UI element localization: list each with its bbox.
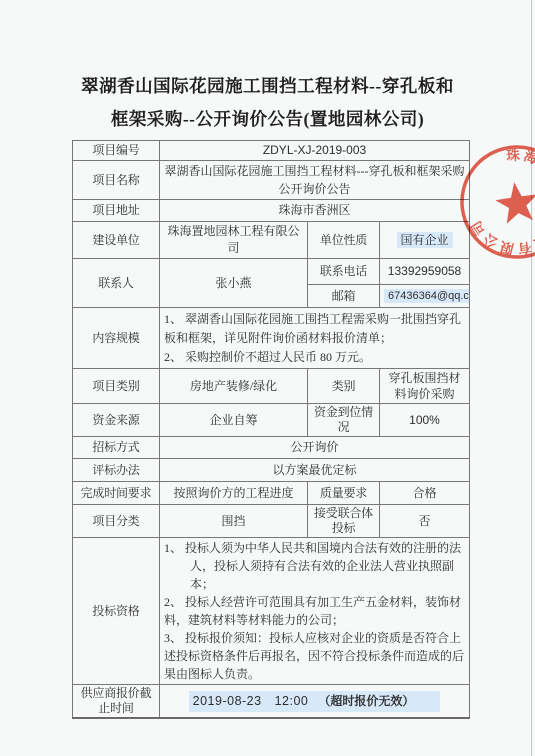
table-row: 联系人 张小燕 联系电话 13392959058: [73, 259, 470, 285]
deadline-value-cell: 2019-08-23 12:00（超时报价无效）: [160, 685, 470, 719]
qualification-item2: 2、 投标人经营许可范围具有加工生产五金材料，装饰材料，建筑材料等材料能力的公司…: [164, 593, 465, 629]
deadline-datetime: 2019-08-23 12:00: [193, 694, 309, 708]
table-row: 投标资格 1、 投标人须为中华人民共和国境内合法有效的注册的法人，投标人须持有合…: [73, 538, 470, 685]
table-row: 招标方式 公开询价: [73, 437, 470, 459]
page-title: 翠湖香山国际花园施工围挡工程材料--穿孔板和 框架采购--公开询价公告(置地园林…: [0, 70, 535, 136]
funding-label: 资金来源: [73, 404, 160, 437]
evaluation-label: 评标办法: [73, 459, 160, 482]
unit-nature-value: 国有企业: [380, 222, 470, 259]
completion-value: 按照询价方的工程进度: [160, 482, 308, 505]
table-row: 项目编号 ZDYL-XJ-2019-003: [73, 141, 470, 161]
phone-value: 13392959058: [380, 259, 470, 285]
table-row: 项目地址 珠海市香洲区: [73, 200, 470, 222]
joint-bid-value: 否: [380, 505, 470, 538]
project-info-table: 项目编号 ZDYL-XJ-2019-003 项目名称 翠湖香山国际花园施工围挡工…: [72, 140, 470, 719]
project-no-value: ZDYL-XJ-2019-003: [160, 141, 470, 161]
email-value: 67436364@qq.com: [380, 285, 470, 308]
qualification-item1: 1、 投标人须为中华人民共和国境内合法有效的注册的法人，投标人须持有合法有效的企…: [164, 539, 465, 593]
builder-label: 建设单位: [73, 222, 160, 259]
scope-value: 1、 翠湖香山国际花园施工围挡工程需采购一批围挡穿孔板和框架，详见附件询价函材料…: [160, 308, 470, 369]
project-no-label: 项目编号: [73, 141, 160, 161]
unit-nature-label: 单位性质: [308, 222, 380, 259]
deadline-note: （超时报价无效）: [318, 694, 414, 708]
classify-value: 围挡: [160, 505, 308, 538]
deadline-label: 供应商报价截止时间: [73, 685, 160, 719]
page-title-line1: 翠湖香山国际花园施工围挡工程材料--穿孔板和: [0, 70, 535, 103]
tender-method-value: 公开询价: [160, 437, 470, 459]
deadline-highlight: 2019-08-23 12:00（超时报价无效）: [189, 691, 441, 712]
type-value: 穿孔板围挡材料询价采购: [380, 369, 470, 404]
table-row: 供应商报价截止时间 2019-08-23 12:00（超时报价无效）: [73, 685, 470, 719]
project-name-label: 项目名称: [73, 161, 160, 200]
category-value: 房地产装修/绿化: [160, 369, 308, 404]
evaluation-value: 以方案最优定标: [160, 459, 470, 482]
funding-value: 企业自筹: [160, 404, 308, 437]
table-row: 完成时间要求 按照询价方的工程进度 质量要求 合格: [73, 482, 470, 505]
project-name-value: 翠湖香山国际花园施工围挡工程材料---穿孔板和框架采购公开询价公告: [160, 161, 470, 200]
phone-label: 联系电话: [308, 259, 380, 285]
email-highlight: 67436364@qq.com: [384, 289, 470, 303]
page-title-line2: 框架采购--公开询价公告(置地园林公司): [0, 103, 535, 136]
qualification-item3: 3、 投标报价须知：投标人应核对企业的资质是否符合上述投标资格条件后再报名，因不…: [164, 629, 465, 683]
unit-nature-highlight: 国有企业: [397, 232, 453, 248]
quality-label: 质量要求: [308, 482, 380, 505]
contact-label: 联系人: [73, 259, 160, 308]
document-page: 翠湖香山国际花园施工围挡工程材料--穿孔板和 框架采购--公开询价公告(置地园林…: [0, 0, 535, 756]
contact-name: 张小燕: [160, 259, 308, 308]
builder-value: 珠海置地园林工程有限公司: [160, 222, 308, 259]
project-addr-label: 项目地址: [73, 200, 160, 222]
quality-value: 合格: [380, 482, 470, 505]
stamp-star-icon: [493, 179, 535, 225]
email-label: 邮箱: [308, 285, 380, 308]
type-label: 类别: [308, 369, 380, 404]
table-row: 项目类别 房地产装修/绿化 类别 穿孔板围挡材料询价采购: [73, 369, 470, 404]
tender-method-label: 招标方式: [73, 437, 160, 459]
table-row: 项目名称 翠湖香山国际花园施工围挡工程材料---穿孔板和框架采购公开询价公告: [73, 161, 470, 200]
classify-label: 项目分类: [73, 505, 160, 538]
category-label: 项目类别: [73, 369, 160, 404]
qualification-label: 投标资格: [73, 538, 160, 685]
table-row: 项目分类 围挡 接受联合体投标 否: [73, 505, 470, 538]
joint-bid-label: 接受联合体投标: [308, 505, 380, 538]
qualification-value: 1、 投标人须为中华人民共和国境内合法有效的注册的法人，投标人须持有合法有效的企…: [160, 538, 470, 685]
project-addr-value: 珠海市香洲区: [160, 200, 470, 222]
table-row: 评标办法 以方案最优定标: [73, 459, 470, 482]
funds-ready-value: 100%: [380, 404, 470, 437]
table-row: 内容规模 1、 翠湖香山国际花园施工围挡工程需采购一批围挡穿孔板和框架，详见附件…: [73, 308, 470, 369]
scope-line1: 1、 翠湖香山国际花园施工围挡工程需采购一批围挡穿孔板和框架，详见附件询价函材料…: [164, 310, 465, 348]
completion-label: 完成时间要求: [73, 482, 160, 505]
scope-line2: 2、 采购控制价不超过人民币 80 万元。: [164, 348, 465, 367]
scope-label: 内容规模: [73, 308, 160, 369]
funds-ready-label: 资金到位情况: [308, 404, 380, 437]
table-row: 资金来源 企业自筹 资金到位情况 100%: [73, 404, 470, 437]
table-row: 建设单位 珠海置地园林工程有限公司 单位性质 国有企业: [73, 222, 470, 259]
